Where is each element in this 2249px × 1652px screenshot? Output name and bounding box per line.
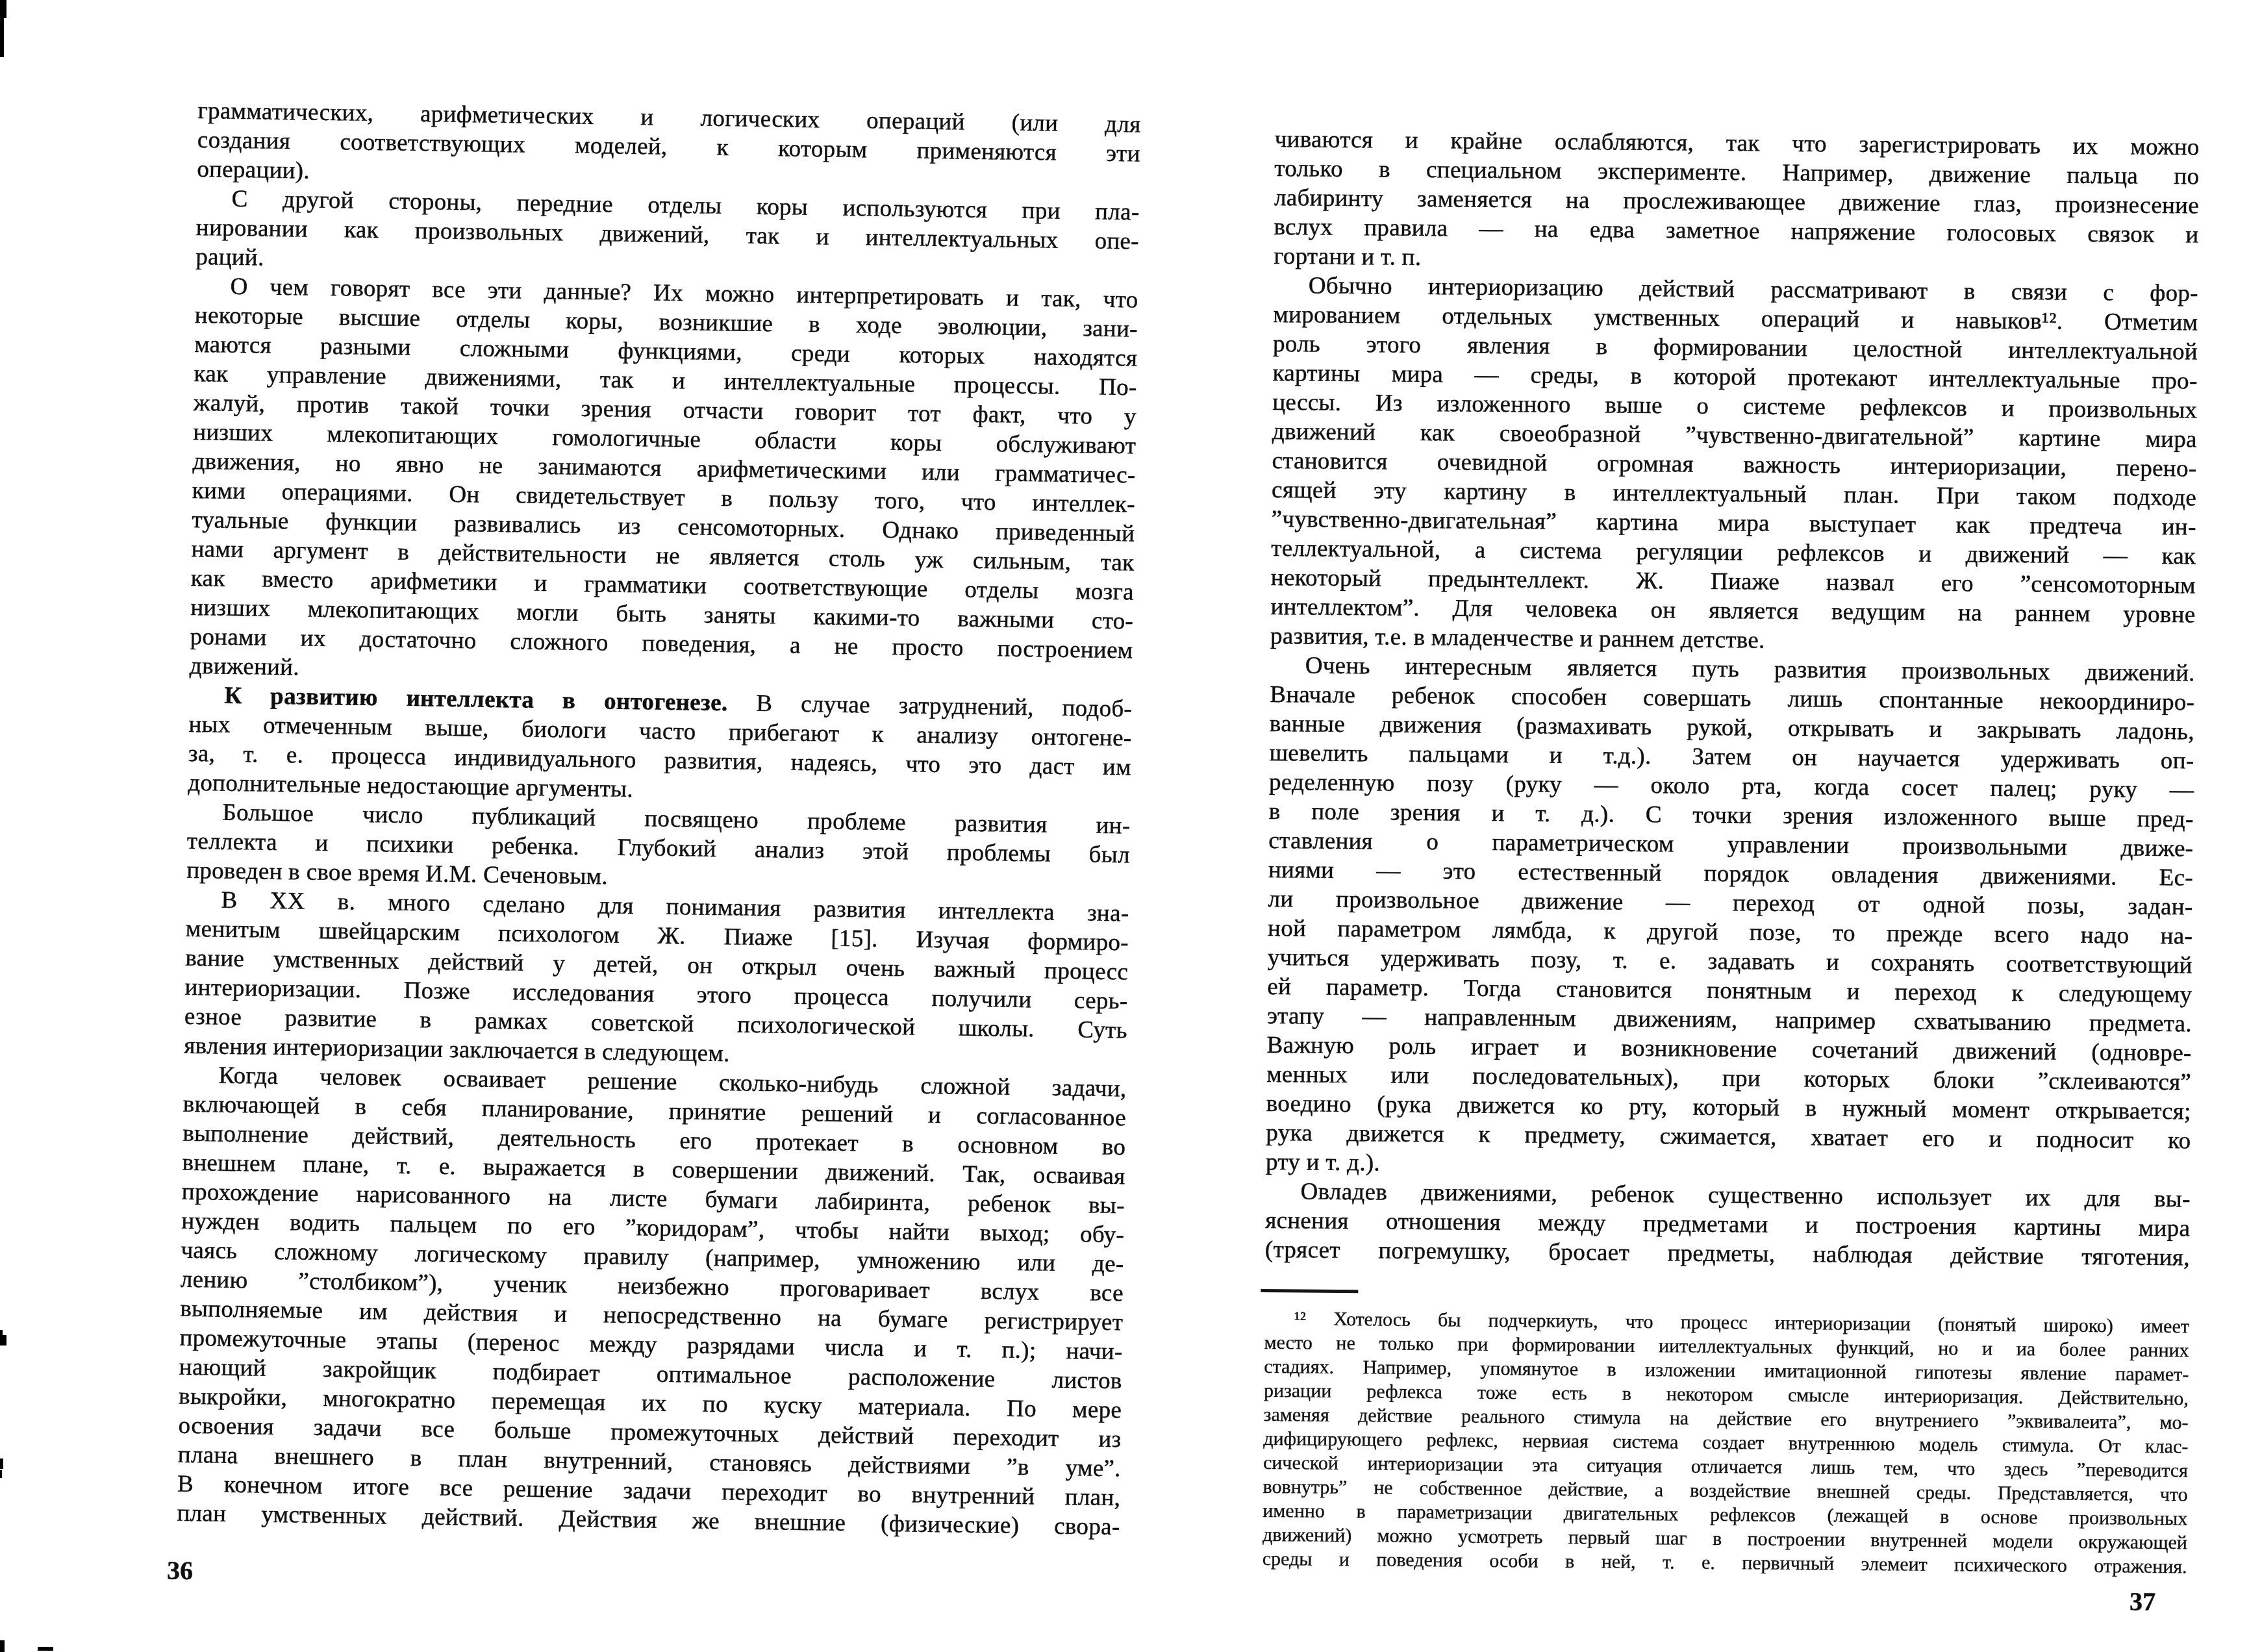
- scan-artifact: [0, 1335, 6, 1345]
- footnote-block: ¹² Хотелось бы подчеркиуть, что процесс …: [1263, 1307, 2189, 1579]
- scan-artifact: [0, 1640, 5, 1652]
- scan-artifact: [0, 1458, 3, 1469]
- page-left-text-block: грамматических, арифметических и логичес…: [177, 96, 1141, 1542]
- footnote-divider: [1261, 1289, 1358, 1293]
- scan-artifact: [0, 1470, 2, 1478]
- scan-artifact: [38, 1647, 53, 1651]
- book-spread: грамматических, арифметических и логичес…: [0, 0, 2249, 1652]
- page-right: чиваются и крайне ослабляются, так что з…: [1262, 125, 2200, 1617]
- page-left: грамматических, арифметических и логичес…: [176, 96, 1141, 1599]
- scan-artifact: [0, 0, 4, 57]
- page-number-left: 36: [167, 1555, 1120, 1600]
- page-number-right: 37: [1262, 1579, 2155, 1617]
- page-right-text-block: чиваются и крайне ослабляются, так что з…: [1265, 125, 2200, 1272]
- scan-artifact: [0, 1330, 3, 1335]
